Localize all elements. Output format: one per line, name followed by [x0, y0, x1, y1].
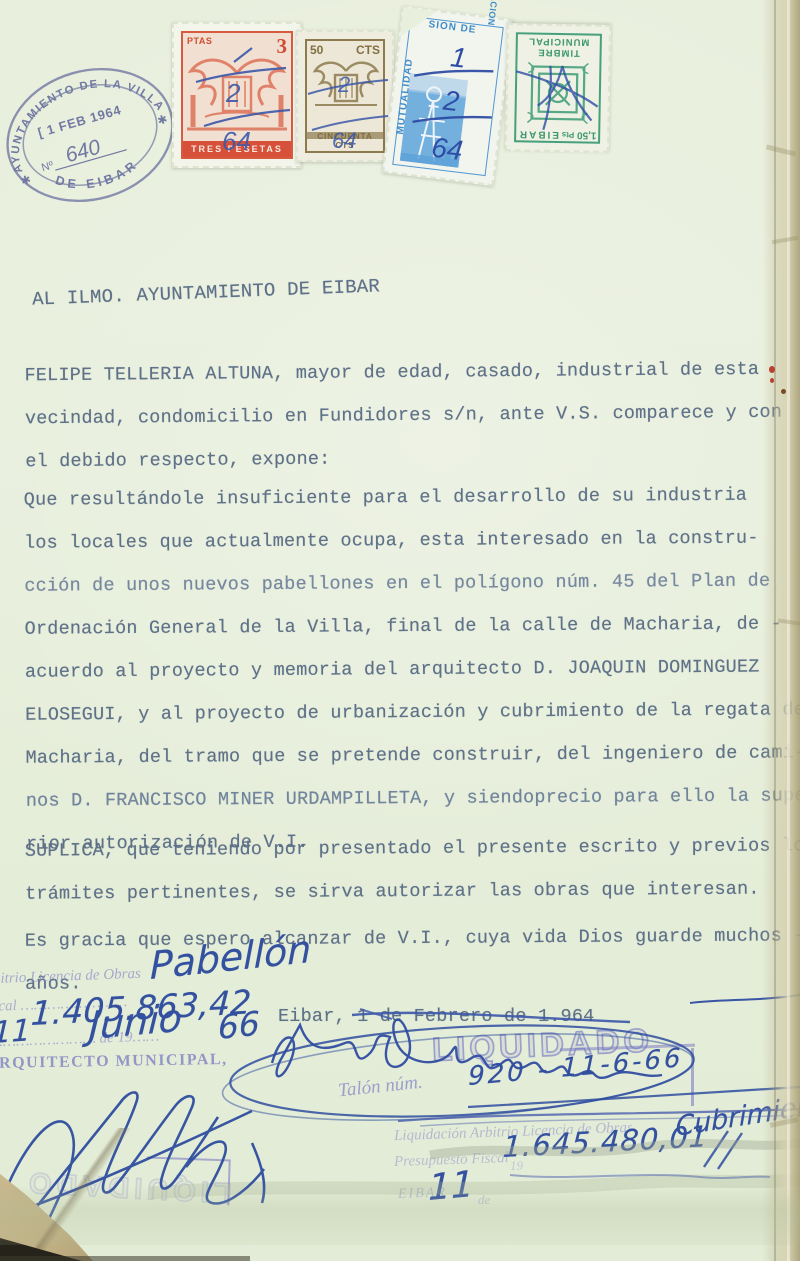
- pen-cancellation-cts-stamp: 2 64: [298, 32, 392, 160]
- typed-line: ELOSEGUI, y al proyecto de urbanización …: [25, 699, 800, 747]
- pen-digit: 2: [225, 78, 241, 108]
- stamp-date-bracket: [: [36, 124, 45, 140]
- typed-line: SUPLICA, que teniendo por presentado el …: [25, 835, 800, 883]
- pen-day: 1: [449, 41, 468, 74]
- red-ink-colon-mark: [769, 366, 775, 373]
- mutualidad-stamp: MUTUALIDAD SION DE LA ADMINISTRACION LOC…: [382, 6, 514, 186]
- letter-paragraph-suplica: SUPLICA, que teniendo por presentado el …: [25, 835, 800, 926]
- pen-digit: 64: [222, 126, 251, 156]
- pen-year: 64: [430, 132, 465, 167]
- fiscal-stamp-3-pesetas: PTAS 3 TRES PESETAS 2 64: [172, 22, 302, 168]
- document-scan: AYUNTAMIENTO DE LA VILLA DE EIBAR ✱ ✱ [ …: [0, 0, 800, 1261]
- typed-line: trámites pertinentes, se sirva autorizar…: [25, 878, 800, 926]
- brown-speck: [781, 389, 786, 394]
- pen-cancellation-red-stamp: 2 64: [174, 24, 300, 166]
- typed-line: nos D. FRANCISCO MINER URDAMPILLETA, y s…: [26, 785, 800, 833]
- typed-line: Ordenación General de la Villa, final de…: [25, 613, 800, 661]
- letter-paragraph-2: Que resultándole insuficiente para el de…: [24, 484, 800, 876]
- fold-shadow-line: [774, 0, 776, 1261]
- typed-line: Macharia, del tramo que se pretende cons…: [25, 742, 800, 790]
- stamp-date: 1 FEB 1964: [45, 102, 123, 138]
- entry-oval-stamp: AYUNTAMIENTO DE LA VILLA DE EIBAR ✱ ✱ [ …: [0, 38, 197, 232]
- typed-line: Que resultándole insuficiente para el de…: [24, 484, 800, 532]
- typed-line: cción de unos nuevos pabellones en el po…: [24, 570, 800, 618]
- stamp-star-left-icon: ✱: [19, 173, 32, 188]
- typed-line: vecindad, condomicilio en Fundidores s/n…: [25, 402, 783, 452]
- typed-line: acuerdo al proyecto y memoria del arquit…: [25, 656, 800, 704]
- fiscal-stamp-50-cts: 50 CTS CINCUENTA CTS 2 64: [296, 30, 394, 162]
- stamp-number-label: Nº: [40, 159, 55, 174]
- pen-month: 2: [441, 84, 462, 117]
- stamp-star-right-icon: ✱: [156, 113, 169, 128]
- typed-line: los locales que actualmente ocupa, esta …: [24, 527, 800, 575]
- pen-digit: 2: [337, 72, 350, 97]
- typed-line: Es gracia que espero alcanzar de V.I., c…: [25, 925, 800, 973]
- water-stain-band: [0, 1185, 800, 1245]
- typed-line: FELIPE TELLERIA ALTUNA, mayor de edad, c…: [24, 359, 782, 409]
- date-strike-line: [352, 1013, 630, 1022]
- right-fold-strip: [762, 0, 800, 1261]
- fold-highlight: [787, 0, 790, 1261]
- wash-smudge-1: [430, 1143, 800, 1155]
- timbre-municipal-stamp: 1,50 Pts EIBAR TIMBRE MUNICIPAL: [505, 23, 611, 153]
- talon-underline: [468, 1087, 800, 1107]
- letter-paragraph-1: FELIPE TELLERIA ALTUNA, mayor de edad, c…: [24, 359, 782, 495]
- entry-oval-stamp-graphic: AYUNTAMIENTO DE LA VILLA DE EIBAR ✱ ✱ [ …: [0, 38, 197, 232]
- pen-date-mutualidad: 1 2 64: [384, 8, 511, 184]
- bottom-edge-shadow: [0, 1256, 250, 1261]
- letter-salutation: AL ILMO. AYUNTAMIENTO DE EIBAR: [32, 275, 381, 310]
- pen-cancellation-timbre: [507, 25, 609, 151]
- amount-slashes: [704, 1131, 742, 1169]
- pen-digit: 64: [332, 128, 356, 153]
